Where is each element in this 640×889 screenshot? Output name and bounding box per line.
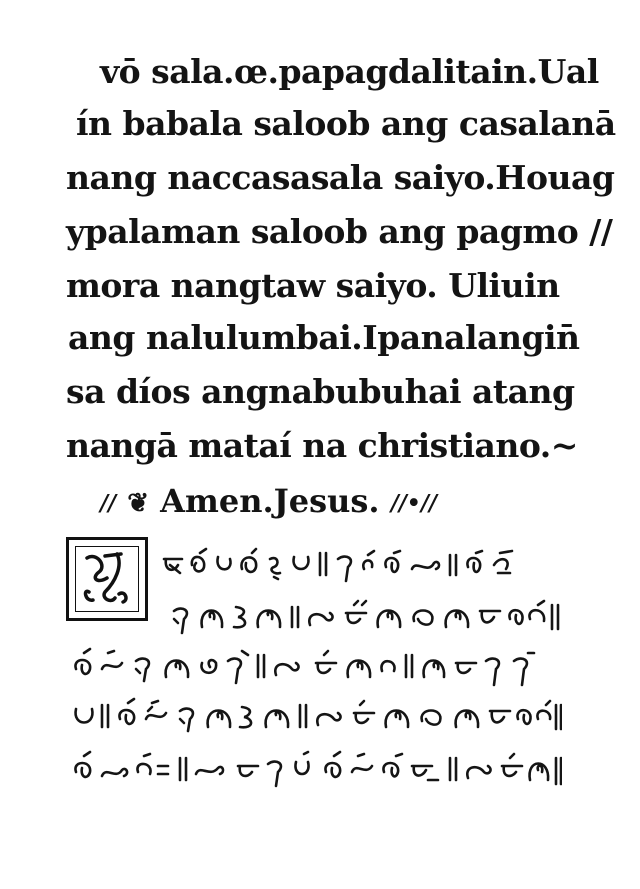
baybayin-line-4 <box>72 697 562 737</box>
baybayin-line-2 <box>170 597 560 637</box>
text-line-8: nangā mataí na christiano.~ <box>66 426 586 466</box>
baybayin-drop-cap <box>66 537 148 621</box>
closing-line: // ❦ Amen.Jesus. //•// <box>100 482 560 522</box>
baybayin-line-3 <box>72 647 552 687</box>
right-ornament: //•// <box>391 491 437 517</box>
closing-text: Amen.Jesus. <box>160 482 379 520</box>
drop-cap-glyph-icon <box>77 548 139 612</box>
scanned-page: vō sala.œ.papagdalitain.Ual ín babala sa… <box>0 0 640 889</box>
text-line-3: nang naccasasala saiyo.Houag <box>66 158 586 198</box>
text-line-1: vō sala.œ.papagdalitain.Ual <box>100 52 620 92</box>
baybayin-line-1 <box>160 545 570 585</box>
flourish-ornament-icon: ❦ <box>127 489 149 519</box>
text-line-7: sa díos angnabubuhai atang <box>66 372 586 412</box>
baybayin-line-5 <box>72 750 562 790</box>
text-line-4: ypalaman saloob ang pagmo // <box>66 212 586 252</box>
text-line-2: ín babala saloob ang casalanā <box>76 104 596 144</box>
text-line-5: mora nangtaw saiyo. Uliuin <box>66 266 586 306</box>
text-line-6: ang nalulumbai.Ipanalangin̄ <box>68 318 588 358</box>
left-ornament: // <box>100 491 116 517</box>
